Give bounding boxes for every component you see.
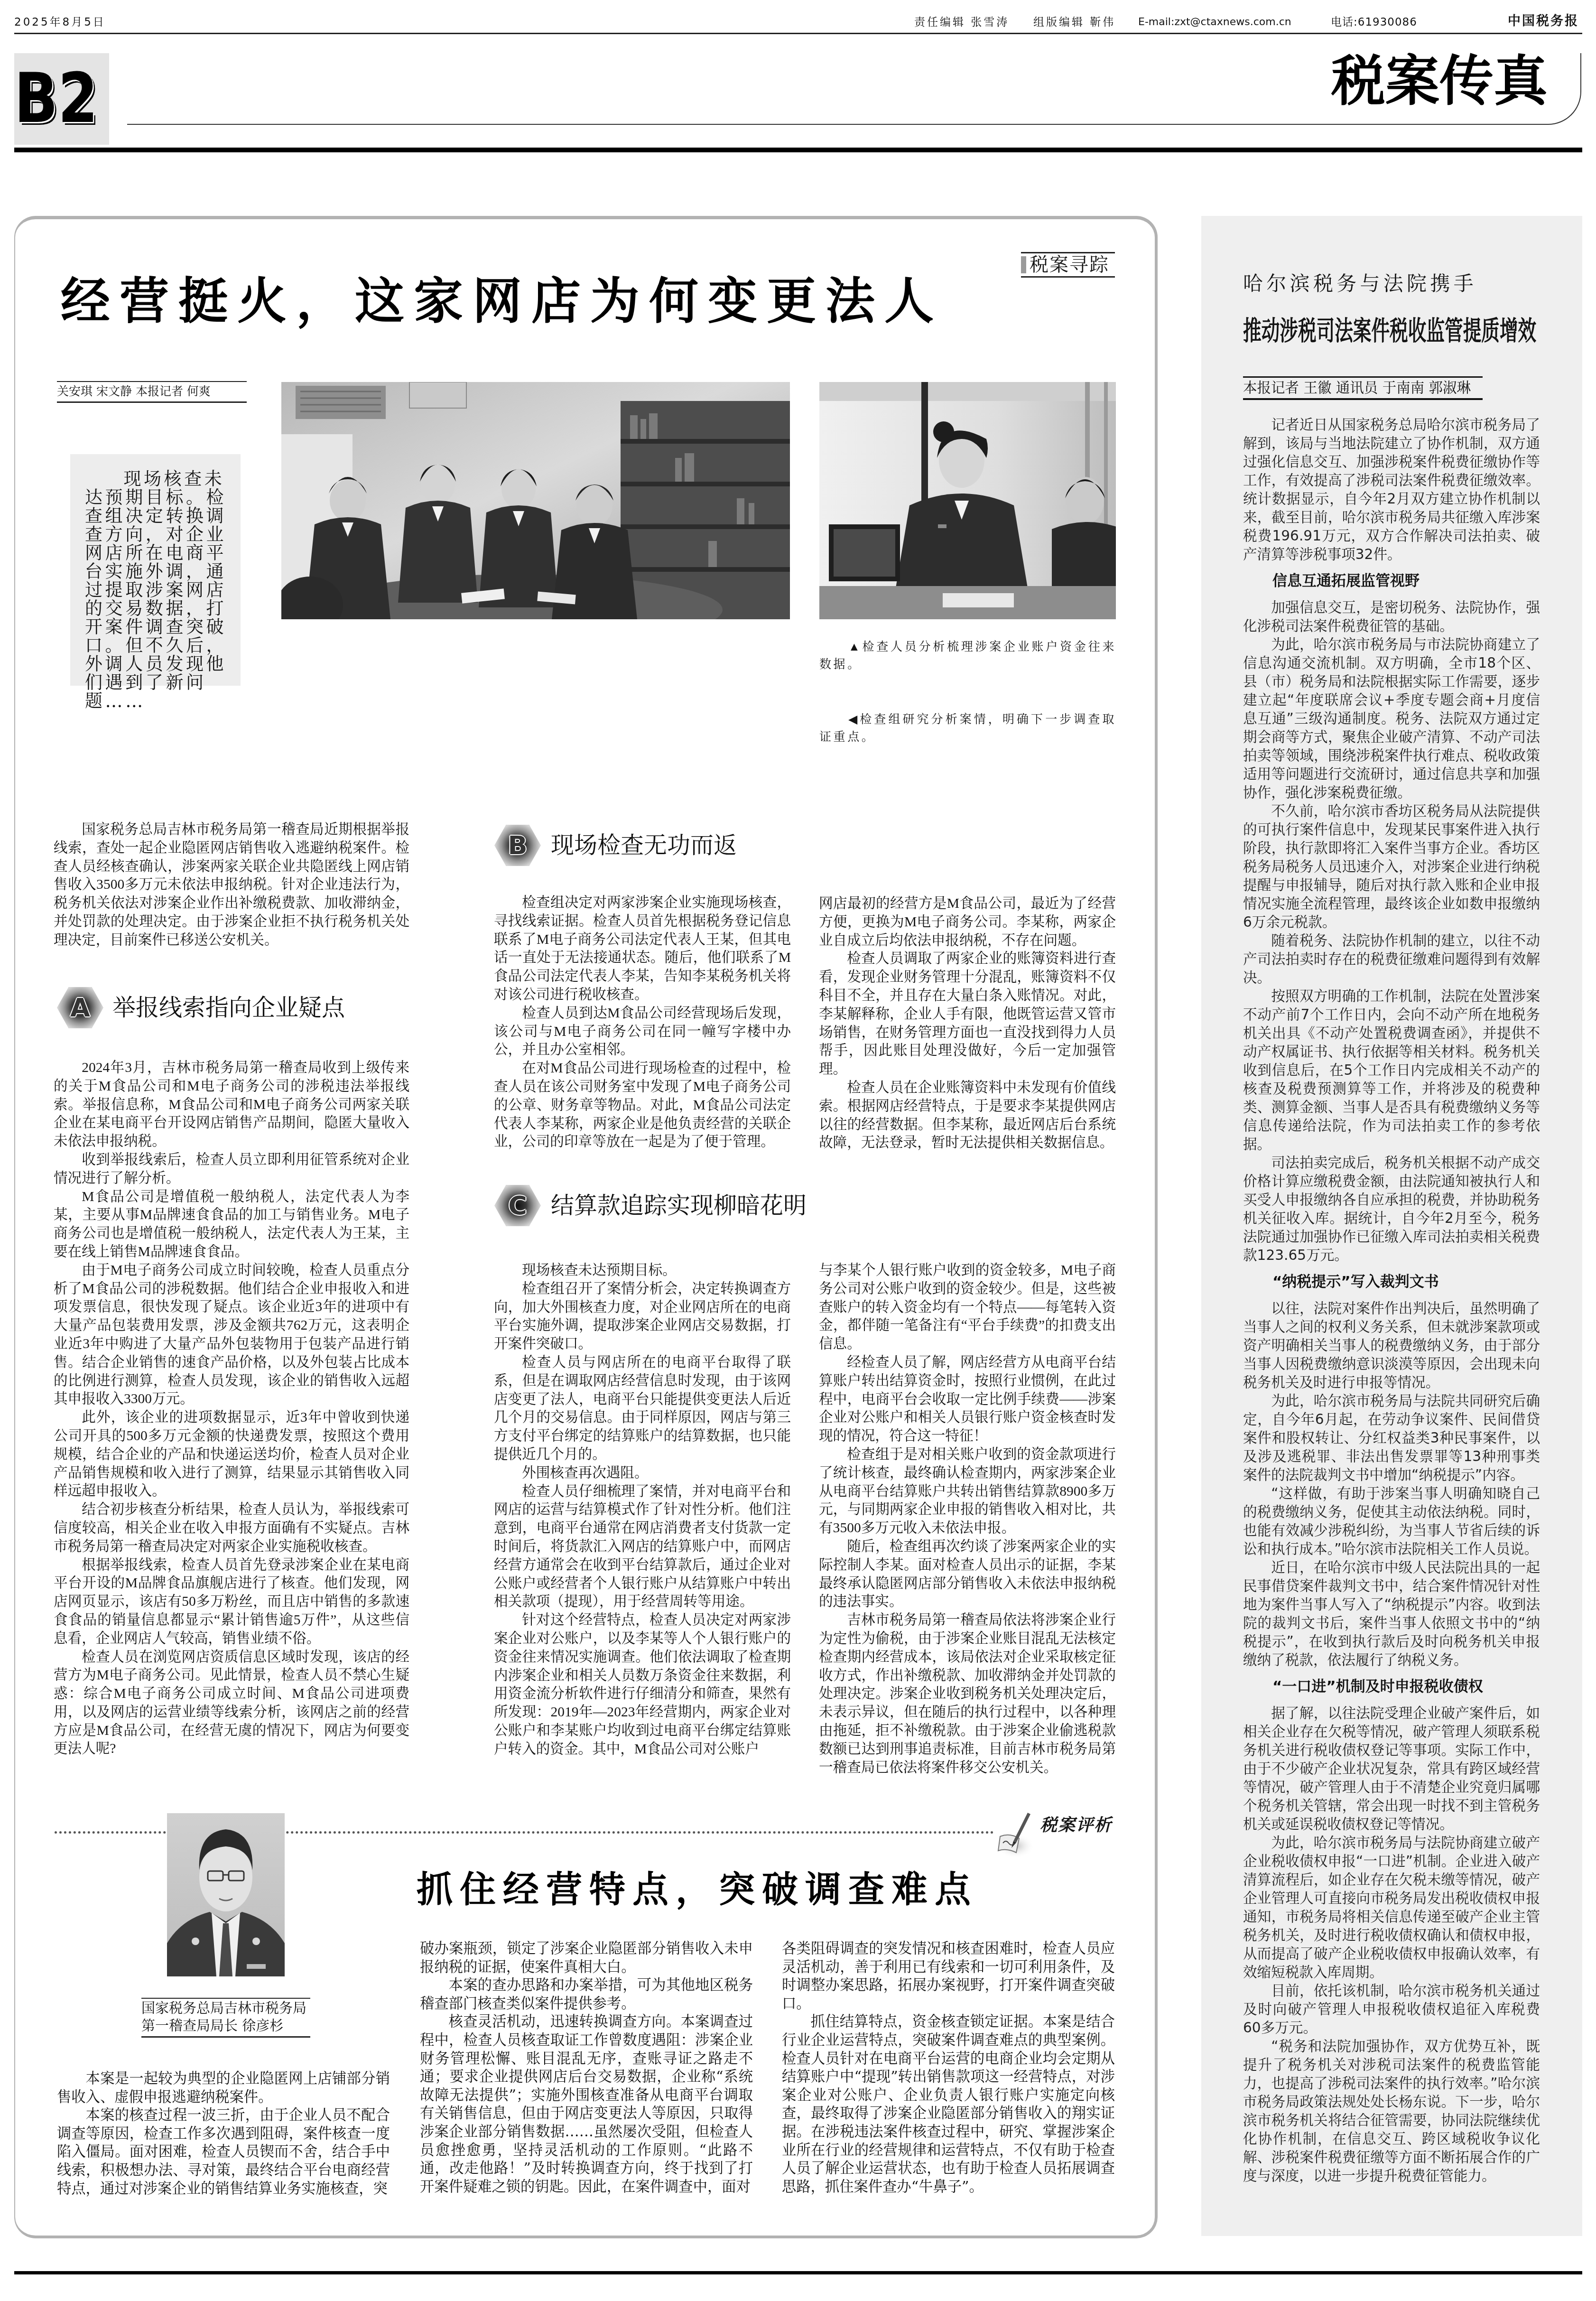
photo-team-meeting <box>281 382 790 619</box>
gray-bar-icon <box>1021 256 1026 273</box>
column-tag-label: 税案寻踪 <box>1030 253 1109 276</box>
paragraph: 此外，该企业的进项数据显示，近3年中曾收到快递公司开具的500多万元金额的快递费… <box>54 1408 409 1500</box>
newspaper-name: 中国税务报 <box>1508 14 1579 28</box>
paragraph: 检查人员仔细梳理了案情，并对电商平台和网店的运营与结算模式作了针对性分析。他们注… <box>494 1482 791 1612</box>
contact-phone: 电话:61930086 <box>1331 15 1417 29</box>
footer-rule <box>14 2271 1582 2274</box>
paragraph: 检查人员与网店所在的电商平台取得了联系，但是在调取网店经营信息时发现，由于该网店… <box>494 1353 791 1464</box>
paragraph: 为此，哈尔滨市税务局与法院共同研究后确定，自今年6月起，在劳动争议案件、民间借贷… <box>1243 1392 1540 1484</box>
pen-icon <box>986 1812 1038 1859</box>
author-portrait-image <box>167 1813 285 1976</box>
section-badge-icon: C <box>494 1185 541 1226</box>
main-article-title: 经营挺火，这家网店为何变更法人 <box>61 270 943 332</box>
section-a-body: 2024年3月，吉林市税务局第一稽查局收到上级传来的关于M食品公司和M电子商务公… <box>54 1059 409 1758</box>
section-b-heading: 现场检查无功而返 <box>551 825 737 866</box>
paragraph: “税务和法院加强协作，双方优势互补，既提升了税务机关对涉税司法案件的税费监管能力… <box>1243 2037 1540 2185</box>
paragraph: 不久前，哈尔滨市香坊区税务局从法院提供的可执行案件信息中，发现某民事案件进入执行… <box>1243 802 1540 932</box>
commentary-tag: 税案评析 <box>986 1812 1112 1859</box>
commentary-tag-label: 税案评析 <box>1040 1815 1112 1835</box>
paragraph: 抓住结算特点，资金核查锁定证据。本案是结合行业企业运营特点，突破案件调查难点的典… <box>782 2013 1115 2196</box>
paragraph: 目前，依托该机制，哈尔滨市税务机关通过及时向破产管理人申报税收债权追征入库税费6… <box>1243 1982 1540 2037</box>
sidebar-byline: 本报记者 王徽 通讯员 于南南 郭淑琳 <box>1243 376 1483 400</box>
paragraph: 随着税务、法院协作机制的建立，以往不动产司法拍卖时存在的税费征缴难问题得到有效解… <box>1243 932 1540 987</box>
paragraph: 在对M食品公司进行现场检查的过程中，检查人员在该公司财务室中发现了M电子商务公司… <box>494 1059 791 1151</box>
paragraph: 检查人员到达M食品公司经营现场后发现，该公司与M电子商务公司在同一幢写字楼中办公… <box>494 1004 791 1059</box>
photo-team-meeting-image <box>281 382 790 619</box>
paragraph: 本案的核查过程一波三折，由于企业人员不配合调查等原因，检查工作多次遇到阻碍，案件… <box>57 2106 390 2198</box>
lead-box: 现场核查未达预期目标。检查组决定转换调查方向，对企业网店所在电商平台实施外调，通… <box>70 454 241 686</box>
lead-box-text: 现场核查未达预期目标。检查组决定转换调查方向，对企业网店所在电商平台实施外调，通… <box>85 470 228 710</box>
section-b-body-middle: 检查组决定对两家涉案企业实施现场核查，寻找线索证据。检查人员首先根据税务登记信息… <box>494 894 791 1151</box>
paragraph: 核查灵活机动，迅速转换调查方向。本案调查过程中，检查人员核查取证工作曾数度遇阻：… <box>420 2013 753 2196</box>
sidebar-subheading: 信息互通拓展监管视野 <box>1243 564 1540 598</box>
section-c-body-middle: 现场核查未达预期目标。 检查组召开了案情分析会，决定转换调查方向，加大外围核查力… <box>494 1261 791 1759</box>
section-c-header: C 结算款追踪实现柳暗花明 <box>494 1185 807 1226</box>
sidebar-body: 记者近日从国家税务总局哈尔滨市税务局了解到，该局与当地法院建立了协作机制，双方通… <box>1243 416 1540 2185</box>
paragraph-continued: 各类阻碍调查的突发情况和核查困难时，检查人员应灵活机动，善于利用已有线索和一切可… <box>782 1940 1115 2013</box>
section-b-body-right: 网店最初的经营方是M食品公司，最近为了经营方便，更换为M电子商务公司。李某称，两… <box>819 894 1116 1152</box>
intro-paragraph: 国家税务总局吉林市税务局第一稽查局近期根据举报线索，查处一起企业隐匿网店销售收入… <box>54 820 409 950</box>
paragraph: 以往，法院对案件作出判决后，虽然明确了当事人之间的权利义务关系，但未就涉案款项或… <box>1243 1299 1540 1392</box>
paragraph: 检查人员在浏览网店资质信息区域时发现，该店的经营方为M电子商务公司。见此情景，检… <box>54 1648 409 1759</box>
section-badge-letter: B <box>508 830 527 860</box>
paragraph: 根据举报线索，检查人员首先登录涉案企业在某电商平台开设的M品牌食品旗舰店进行了核… <box>54 1556 409 1648</box>
paragraph-continued: 网店最初的经营方是M食品公司，最近为了经营方便，更换为M电子商务公司。李某称，两… <box>819 894 1116 950</box>
paragraph: 检查组召开了案情分析会，决定转换调查方向，加大外围核查力度，对企业网店所在的电商… <box>494 1280 791 1353</box>
paragraph: 由于M电子商务公司成立时间较晚，检查人员重点分析了M食品公司的涉税数据。他们结合… <box>54 1261 409 1408</box>
contact-email: E-mail:zxt@ctaxnews.com.cn <box>1138 15 1291 29</box>
paragraph: 2024年3月，吉林市税务局第一稽查局收到上级传来的关于M食品公司和M电子商务公… <box>54 1059 409 1151</box>
section-b-header: B 现场检查无功而返 <box>494 825 737 866</box>
paragraph: 检查人员在企业账簿资料中未发现有价值线索。根据网店经营特点，于是要求李某提供网店… <box>819 1079 1116 1152</box>
section-c-heading: 结算款追踪实现柳暗花明 <box>551 1185 807 1226</box>
paragraph: 检查人员调取了两家企业的账簿资料进行查看，发现企业财务管理十分混乱，账簿资料不仅… <box>819 950 1116 1079</box>
author-organization: 国家税务总局吉林市税务局 <box>141 2000 310 2017</box>
column-tag: 税案寻踪 <box>1021 252 1115 278</box>
photo-data-analysis-image <box>819 382 1116 619</box>
section-c-body-right: 与李某个人银行账户收到的资金较多，M电子商务公司对公账户收到的资金较少。但是，这… <box>819 1261 1116 1777</box>
photo-caption-2: ◀检查组研究分析案情，明确下一步调查取证重点。 <box>819 711 1116 746</box>
commentary-column-2: 破办案瓶颈，锁定了涉案企业隐匿部分销售收入未申报纳税的证据，使案件真相大白。 本… <box>420 1940 753 2196</box>
paragraph: 司法拍卖完成后，税务机关根据不动产成交价格计算应缴税费金额，由法院通知被执行人和… <box>1243 1154 1540 1265</box>
paragraph: 随后，检查组再次约谈了涉案两家企业的实际控制人李某。面对检查人员出示的证据，李某… <box>819 1537 1116 1611</box>
paragraph: 吉林市税务局第一稽查局依法将涉案企业行为定性为偷税，由于涉案企业账目混乱无法核定… <box>819 1611 1116 1777</box>
author-position-name: 第一稽查局局长 徐彦杉 <box>141 2017 310 2035</box>
page-section-title: 税案传真 <box>1331 52 1548 109</box>
paragraph: 本案是一起较为典型的企业隐匿网上店铺部分销售收入、虚假申报逃避纳税案件。 <box>57 2070 390 2106</box>
paragraph: 据了解，以往法院受理企业破产案件后，如相关企业存在欠税等情况，破产管理人须联系税… <box>1243 1704 1540 1834</box>
paragraph-continued: 破办案瓶颈，锁定了涉案企业隐匿部分销售收入未申报纳税的证据，使案件真相大白。 <box>420 1940 753 1976</box>
issue-date: 2025年8月5日 <box>14 15 106 29</box>
section-badge-letter: C <box>508 1191 527 1220</box>
section-a-header: A 举报线索指向企业疑点 <box>57 987 345 1028</box>
paragraph: 结合初步核查分析结果，检查人员认为，举报线索可信度较高，相关企业在收入申报方面确… <box>54 1500 409 1556</box>
page-number: B2 <box>14 64 98 132</box>
paragraph: 检查组决定对两家涉案企业实施现场核查，寻找线索证据。检查人员首先根据税务登记信息… <box>494 894 791 1004</box>
paragraph: 为此，哈尔滨市税务局与市法院协商建立了信息沟通交流机制。双方明确，全市18个区、… <box>1243 635 1540 802</box>
paragraph: 外围核查再次遇阻。 <box>494 1464 791 1482</box>
commentary-column-1: 本案是一起较为典型的企业隐匿网上店铺部分销售收入、虚假申报逃避纳税案件。 本案的… <box>57 2070 390 2198</box>
intro-block: 国家税务总局吉林市税务局第一稽查局近期根据举报线索，查处一起企业隐匿网店销售收入… <box>54 820 409 950</box>
paragraph: 经检查人员了解，网店经营方从电商平台结算账户转出结算资金时，按照行业惯例，在此过… <box>819 1353 1116 1445</box>
paragraph: 针对这个经营特点，检查人员决定对两家涉案企业对公账户，以及李某等人个人银行账户的… <box>494 1611 791 1758</box>
sidebar-title: 推动涉税司法案件税收监管提质增效 <box>1243 316 1536 347</box>
paragraph: “这样做，有助于涉案当事人明确知晓自己的税费缴纳义务，促使其主动依法纳税。同时，… <box>1243 1484 1540 1558</box>
paragraph-continued: 与李某个人银行账户收到的资金较多，M电子商务公司对公账户收到的资金较少。但是，这… <box>819 1261 1116 1353</box>
photo-data-analysis <box>819 382 1116 619</box>
masthead-rule <box>14 33 1582 34</box>
paragraph: 按照双方明确的工作机制，法院在处置涉案不动产前7个工作日内，会向不动产所在地税务… <box>1243 987 1540 1154</box>
commentary-title: 抓住经营特点，突破调查难点 <box>417 1865 978 1914</box>
paragraph: 收到举报线索后，检查人员立即利用征管系统对企业情况进行了解分析。 <box>54 1151 409 1188</box>
sidebar-kicker: 哈尔滨税务与法院携手 <box>1243 270 1477 297</box>
paragraph: 检查组于是对相关账户收到的资金款项进行了统计核查，最终确认检查期内，两家涉案企业… <box>819 1445 1116 1537</box>
responsible-editor: 责任编辑 张雪涛 <box>914 15 1009 29</box>
paragraph: 记者近日从国家税务总局哈尔滨市税务局了解到，该局与当地法院建立了协作机制，双方通… <box>1243 416 1540 564</box>
author-caption: 国家税务总局吉林市税务局 第一稽查局局长 徐彦杉 <box>141 1998 310 2038</box>
section-badge-letter: A <box>70 993 90 1023</box>
paragraph: M食品公司是增值税一般纳税人，法定代表人为李某，主要从事M品牌速食食品的加工与销… <box>54 1188 409 1261</box>
section-badge-icon: A <box>57 987 103 1028</box>
layout-editor: 组版编辑 靳伟 <box>1033 15 1115 29</box>
paragraph: 本案的查办思路和办案举措，可为其他地区税务稽查部门核查类似案件提供参考。 <box>420 1976 753 2013</box>
paragraph: 加强信息交互，是密切税务、法院协作，强化涉税司法案件税费征管的基础。 <box>1243 598 1540 635</box>
photo-caption-1: ▲检查人员分析梳理涉案企业账户资金往来数据。 <box>819 638 1116 673</box>
sidebar-subheading: “一口进”机制及时申报税收债权 <box>1243 1669 1540 1704</box>
main-article-byline: 关安琪 宋文静 本报记者 何爽 <box>57 381 247 403</box>
paragraph: 现场核查未达预期目标。 <box>494 1261 791 1280</box>
paragraph: 近日，在哈尔滨市中级人民法院出具的一起民事借贷案件裁判文书中，结合案件情况针对性… <box>1243 1558 1540 1669</box>
section-badge-icon: B <box>494 825 541 866</box>
sidebar-subheading: “纳税提示”写入裁判文书 <box>1243 1265 1540 1299</box>
section-a-heading: 举报线索指向企业疑点 <box>112 987 345 1028</box>
author-portrait <box>167 1813 285 1976</box>
paragraph: 为此，哈尔滨市税务局与法院协商建立破产企业税收债权申报“一口进”机制。企业进入破… <box>1243 1834 1540 1982</box>
commentary-column-3: 各类阻碍调查的突发情况和核查困难时，检查人员应灵活机动，善于利用已有线索和一切可… <box>782 1940 1115 2196</box>
header-thick-rule <box>14 148 1582 152</box>
